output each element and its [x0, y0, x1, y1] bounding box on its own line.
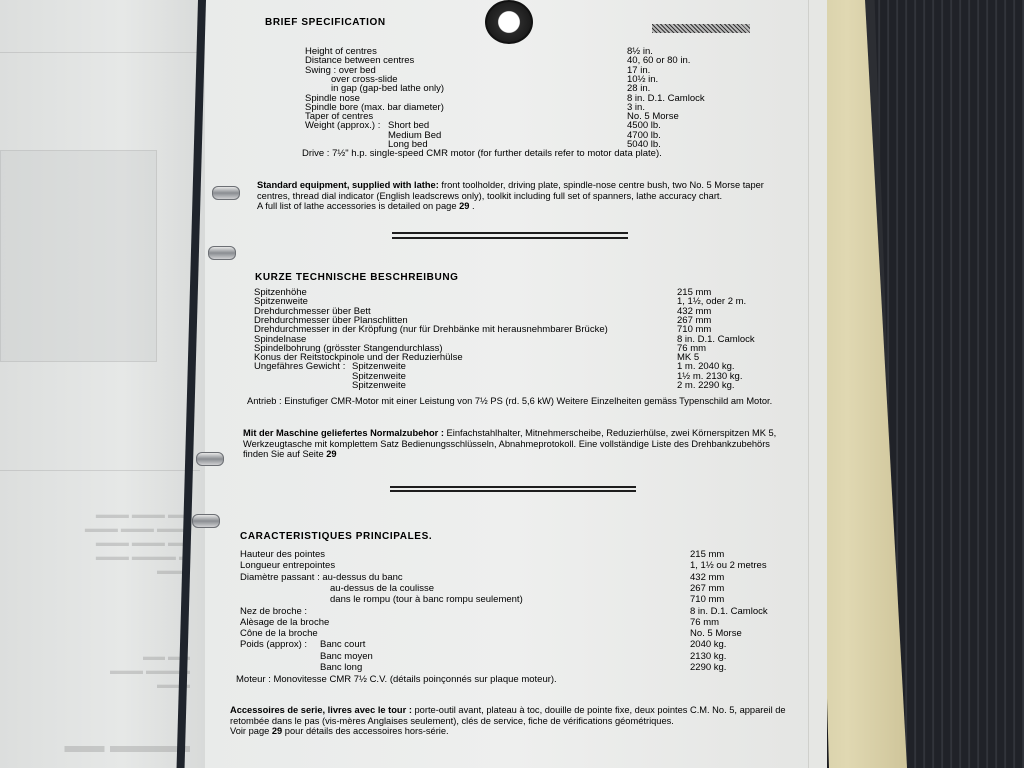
ghost-text-block: ▬▬ ▬▬▬▬▬ ▬▬▬▬▬▬▬: [60, 650, 190, 692]
equipment-heading: Standard equipment, supplied with lathe:: [257, 180, 439, 190]
spec-sublabel: Banc court: [320, 640, 365, 650]
spec-sublabel: Banc moyen: [320, 652, 373, 662]
binder-ring: [212, 186, 240, 200]
spec-value: 432 mm: [690, 573, 724, 583]
globe-logo: [485, 0, 533, 44]
spec-value: 2130 kg.: [690, 652, 726, 662]
ghost-line: [0, 52, 200, 53]
accessories-note: A full list of lathe accessories is deta…: [257, 201, 459, 211]
ghost-heading: ▬▬ ▬▬▬▬: [30, 735, 190, 757]
spec-value: 710 mm: [690, 595, 724, 605]
left-page-backside: ▬▬▬ ▬▬▬ ▬▬▬▬▬ ▬▬▬ ▬▬▬▬▬▬ ▬▬▬ ▬▬▬▬▬ ▬▬▬▬ …: [0, 0, 205, 768]
spec-label: Drehdurchmesser in der Kröpfung (nur für…: [254, 325, 608, 335]
spec-label: dans le rompu (tour à banc rompu seuleme…: [330, 595, 523, 605]
spec-sublabel: Spitzenweite: [352, 381, 406, 391]
spec-label: Longueur entrepointes: [240, 561, 335, 571]
spec-label: au-dessus de la coulisse: [330, 584, 434, 594]
spec-value: 8 in. D.1. Camlock: [690, 607, 768, 617]
page-ref: 29: [326, 449, 336, 459]
spec-label: Alèsage de la broche: [240, 618, 329, 628]
equipment-heading: Mit der Maschine geliefertes Normalzubeh…: [243, 428, 444, 438]
spec-value: No. 5 Morse: [690, 629, 742, 639]
spec-value: 215 mm: [690, 550, 724, 560]
accessories-note-suffix: .: [469, 201, 474, 211]
divider-line: [390, 490, 636, 492]
accessories-note: Voir page: [230, 726, 272, 736]
divider-line: [392, 232, 628, 234]
drive-french: Moteur : Monovitesse CMR 7½ C.V. (détail…: [236, 675, 557, 685]
ghost-line: [0, 470, 200, 471]
binder-ring: [196, 452, 224, 466]
page-stack-edge: [808, 0, 827, 768]
standard-equipment-english: Standard equipment, supplied with lathe:…: [257, 180, 767, 212]
drive-english: Drive : 7½" h.p. single-speed CMR motor …: [302, 149, 662, 159]
section-title-french: CARACTERISTIQUES PRINCIPALES.: [240, 531, 432, 542]
binder-ring: [192, 514, 220, 528]
spec-label: Weight (approx.) :: [305, 121, 380, 131]
section-title-german: KURZE TECHNISCHE BESCHREIBUNG: [255, 272, 459, 283]
spec-value: 2 m. 2290 kg.: [677, 381, 735, 391]
page-ref: 29: [459, 201, 469, 211]
page-ref: 29: [272, 726, 282, 736]
divider-line: [392, 237, 628, 239]
spec-value: 2290 kg.: [690, 663, 726, 673]
spec-value: 2040 kg.: [690, 640, 726, 650]
accessories-note-suffix: pour détails des accessoires hors-série.: [282, 726, 448, 736]
standard-equipment-french: Accessoires de serie, livres avec le tou…: [230, 705, 800, 737]
ghost-illustration: [0, 150, 157, 362]
divider-line: [390, 486, 636, 488]
standard-equipment-german: Mit der Maschine geliefertes Normalzubeh…: [243, 428, 778, 460]
spec-label: Ungefähres Gewicht :: [254, 362, 345, 372]
spec-value: 1, 1½ ou 2 metres: [690, 561, 767, 571]
spec-label: Hauteur des pointes: [240, 550, 325, 560]
binder-ring: [208, 246, 236, 260]
spec-value: 267 mm: [690, 584, 724, 594]
hatched-bar: [652, 24, 750, 33]
spec-sublabel: Banc long: [320, 663, 362, 673]
spec-label: Poids (approx) :: [240, 640, 307, 650]
equipment-heading: Accessoires de serie, livres avec le tou…: [230, 705, 412, 715]
spec-label: Cône de la broche: [240, 629, 318, 639]
section-title-english: BRIEF SPECIFICATION: [265, 17, 386, 28]
ghost-text-block: ▬▬▬ ▬▬▬ ▬▬▬▬▬ ▬▬▬ ▬▬▬▬▬▬ ▬▬▬ ▬▬▬▬▬ ▬▬▬▬ …: [40, 508, 190, 578]
drive-german: Antrieb : Einstufiger CMR-Motor mit eine…: [247, 396, 777, 407]
spec-label: Nez de broche :: [240, 607, 307, 617]
spec-label: Diamètre passant : au-dessus du banc: [240, 573, 403, 583]
spec-value: 76 mm: [690, 618, 719, 628]
